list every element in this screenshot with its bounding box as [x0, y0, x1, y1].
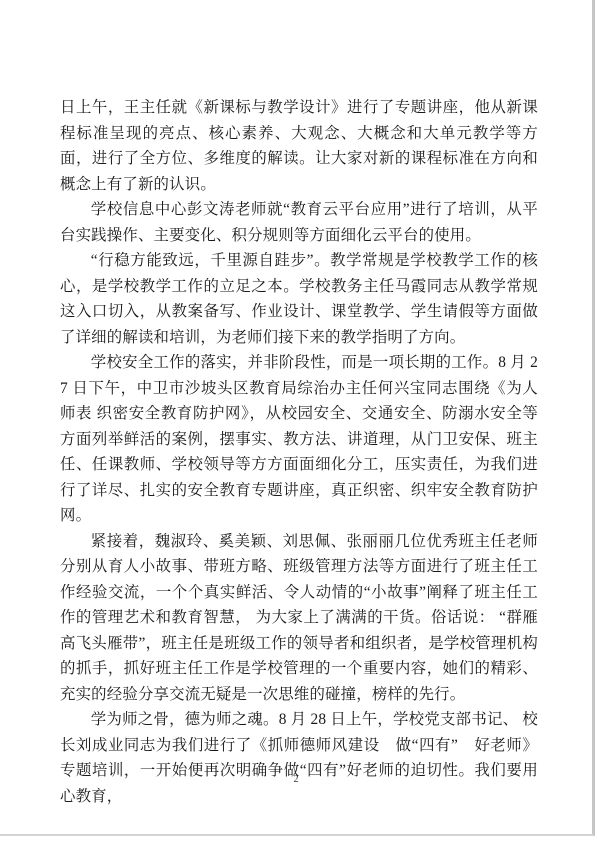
paragraph: 学校安全工作的落实，并非阶段性，而是一项长期的工作。8 月 27 日下午，中卫市… [60, 350, 538, 529]
document-page: 日上午，王主任就《新课标与教学设计》进行了专题讲座，他从新课程标准呈现的亮点、核… [0, 0, 595, 836]
paragraph: 日上午，王主任就《新课标与教学设计》进行了专题讲座，他从新课程标准呈现的亮点、核… [60, 95, 538, 197]
paragraph: 学校信息中心彭文涛老师就“教育云平台应用”进行了培训，从平台实践操作、主要变化、… [60, 197, 538, 248]
paragraph: “行稳方能致远，千里源自跬步”。教学常规是学校教学工作的核心，是学校教学工作的立… [60, 248, 538, 350]
document-body-text: 日上午，王主任就《新课标与教学设计》进行了专题讲座，他从新课程标准呈现的亮点、核… [60, 95, 538, 809]
page-number: 2 [0, 774, 592, 785]
paragraph: 紧接着，魏淑玲、奚美颖、刘思佩、张丽丽几位优秀班主任老师分别从育人小故事、带班方… [60, 529, 538, 708]
paragraph: 学为师之骨，德为师之魂。8 月 28 日上午，学校党支部书记、 校长刘成业同志为… [60, 707, 538, 809]
